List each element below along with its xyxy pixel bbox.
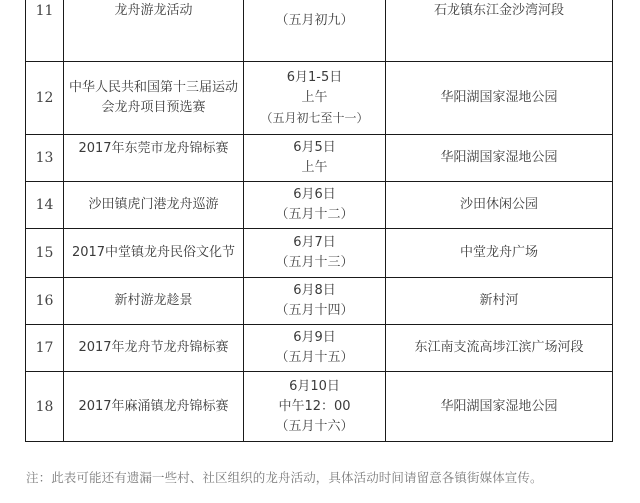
table-row: 12中华人民共和国第十三届运动会龙舟项目预选赛6月1-5日上午（五月初七至十一）… xyxy=(26,62,613,135)
table-row: 132017年东莞市龙舟锦标赛6月5日上午华阳湖国家湿地公园 xyxy=(26,135,613,182)
event-time-line: （五月十五） xyxy=(248,348,381,368)
event-location: 华阳湖国家湿地公园 xyxy=(386,135,613,182)
row-number: 18 xyxy=(26,372,64,442)
table-row: 172017年龙舟节龙舟锦标赛6月9日（五月十五）东江南支流高埗江滨广场河段 xyxy=(26,325,613,372)
event-time: （五月初九） xyxy=(244,0,386,62)
event-name: 龙舟游龙活动 xyxy=(64,0,244,62)
event-location: 新村河 xyxy=(386,278,613,325)
event-time: 6月9日（五月十五） xyxy=(244,325,386,372)
event-location: 华阳湖国家湿地公园 xyxy=(386,372,613,442)
event-time: 6月7日（五月十三） xyxy=(244,229,386,278)
row-number: 11 xyxy=(26,0,64,62)
event-time-line: （五月十三） xyxy=(248,253,381,273)
event-name: 中华人民共和国第十三届运动会龙舟项目预选赛 xyxy=(64,62,244,135)
table-row: 11龙舟游龙活动 （五月初九）石龙镇东江金沙湾河段 xyxy=(26,0,613,62)
table-body: 11龙舟游龙活动 （五月初九）石龙镇东江金沙湾河段12中华人民共和国第十三届运动… xyxy=(26,0,613,442)
event-time-line: 上午 xyxy=(248,158,381,178)
table-row: 182017年麻涌镇龙舟锦标赛6月10日中午12：00（五月十六）华阳湖国家湿地… xyxy=(26,372,613,442)
table-row: 16新村游龙趁景6月8日（五月十四）新村河 xyxy=(26,278,613,325)
event-time-line: 6月10日 xyxy=(248,377,381,397)
event-time-line: （五月十六） xyxy=(248,417,381,437)
footnote: 注：此表可能还有遗漏一些村、社区组织的龙舟活动，具体活动时间请留意各镇街媒体宣传… xyxy=(26,468,543,486)
event-time-line: 6月6日 xyxy=(248,185,381,205)
event-time-line: 6月8日 xyxy=(248,281,381,301)
event-time-line: 6月5日 xyxy=(248,138,381,158)
event-time-line: （五月初七至十一） xyxy=(248,108,381,128)
row-number: 13 xyxy=(26,135,64,182)
event-name: 沙田镇虎门港龙舟巡游 xyxy=(64,182,244,229)
event-name: 2017年龙舟节龙舟锦标赛 xyxy=(64,325,244,372)
event-time: 6月10日中午12：00（五月十六） xyxy=(244,372,386,442)
row-number: 17 xyxy=(26,325,64,372)
event-time-line: 6月9日 xyxy=(248,328,381,348)
row-number: 15 xyxy=(26,229,64,278)
event-location: 沙田休闲公园 xyxy=(386,182,613,229)
event-time-line: 上午 xyxy=(248,88,381,108)
table-row: 14沙田镇虎门港龙舟巡游6月6日（五月十二）沙田休闲公园 xyxy=(26,182,613,229)
event-time: 6月1-5日上午（五月初七至十一） xyxy=(244,62,386,135)
event-location: 东江南支流高埗江滨广场河段 xyxy=(386,325,613,372)
event-time-line: 6月7日 xyxy=(248,233,381,253)
event-time: 6月6日（五月十二） xyxy=(244,182,386,229)
event-time-line xyxy=(248,0,381,11)
event-time: 6月8日（五月十四） xyxy=(244,278,386,325)
event-time-line: （五月十二） xyxy=(248,205,381,225)
event-name: 2017年麻涌镇龙舟锦标赛 xyxy=(64,372,244,442)
event-time-line: （五月十四） xyxy=(248,301,381,321)
event-location: 中堂龙舟广场 xyxy=(386,229,613,278)
event-location: 华阳湖国家湿地公园 xyxy=(386,62,613,135)
event-time-line: （五月初九） xyxy=(248,11,381,31)
event-location: 石龙镇东江金沙湾河段 xyxy=(386,0,613,62)
dragon-boat-schedule-table: 11龙舟游龙活动 （五月初九）石龙镇东江金沙湾河段12中华人民共和国第十三届运动… xyxy=(25,0,613,442)
event-time: 6月5日上午 xyxy=(244,135,386,182)
event-time-line: 中午12：00 xyxy=(248,397,381,417)
event-name: 新村游龙趁景 xyxy=(64,278,244,325)
event-time-line: 6月1-5日 xyxy=(248,68,381,88)
dragon-boat-schedule-table-wrapper: 11龙舟游龙活动 （五月初九）石龙镇东江金沙湾河段12中华人民共和国第十三届运动… xyxy=(25,0,612,442)
event-name: 2017年东莞市龙舟锦标赛 xyxy=(64,135,244,182)
table-row: 152017中堂镇龙舟民俗文化节6月7日（五月十三）中堂龙舟广场 xyxy=(26,229,613,278)
event-name: 2017中堂镇龙舟民俗文化节 xyxy=(64,229,244,278)
row-number: 12 xyxy=(26,62,64,135)
row-number: 16 xyxy=(26,278,64,325)
row-number: 14 xyxy=(26,182,64,229)
